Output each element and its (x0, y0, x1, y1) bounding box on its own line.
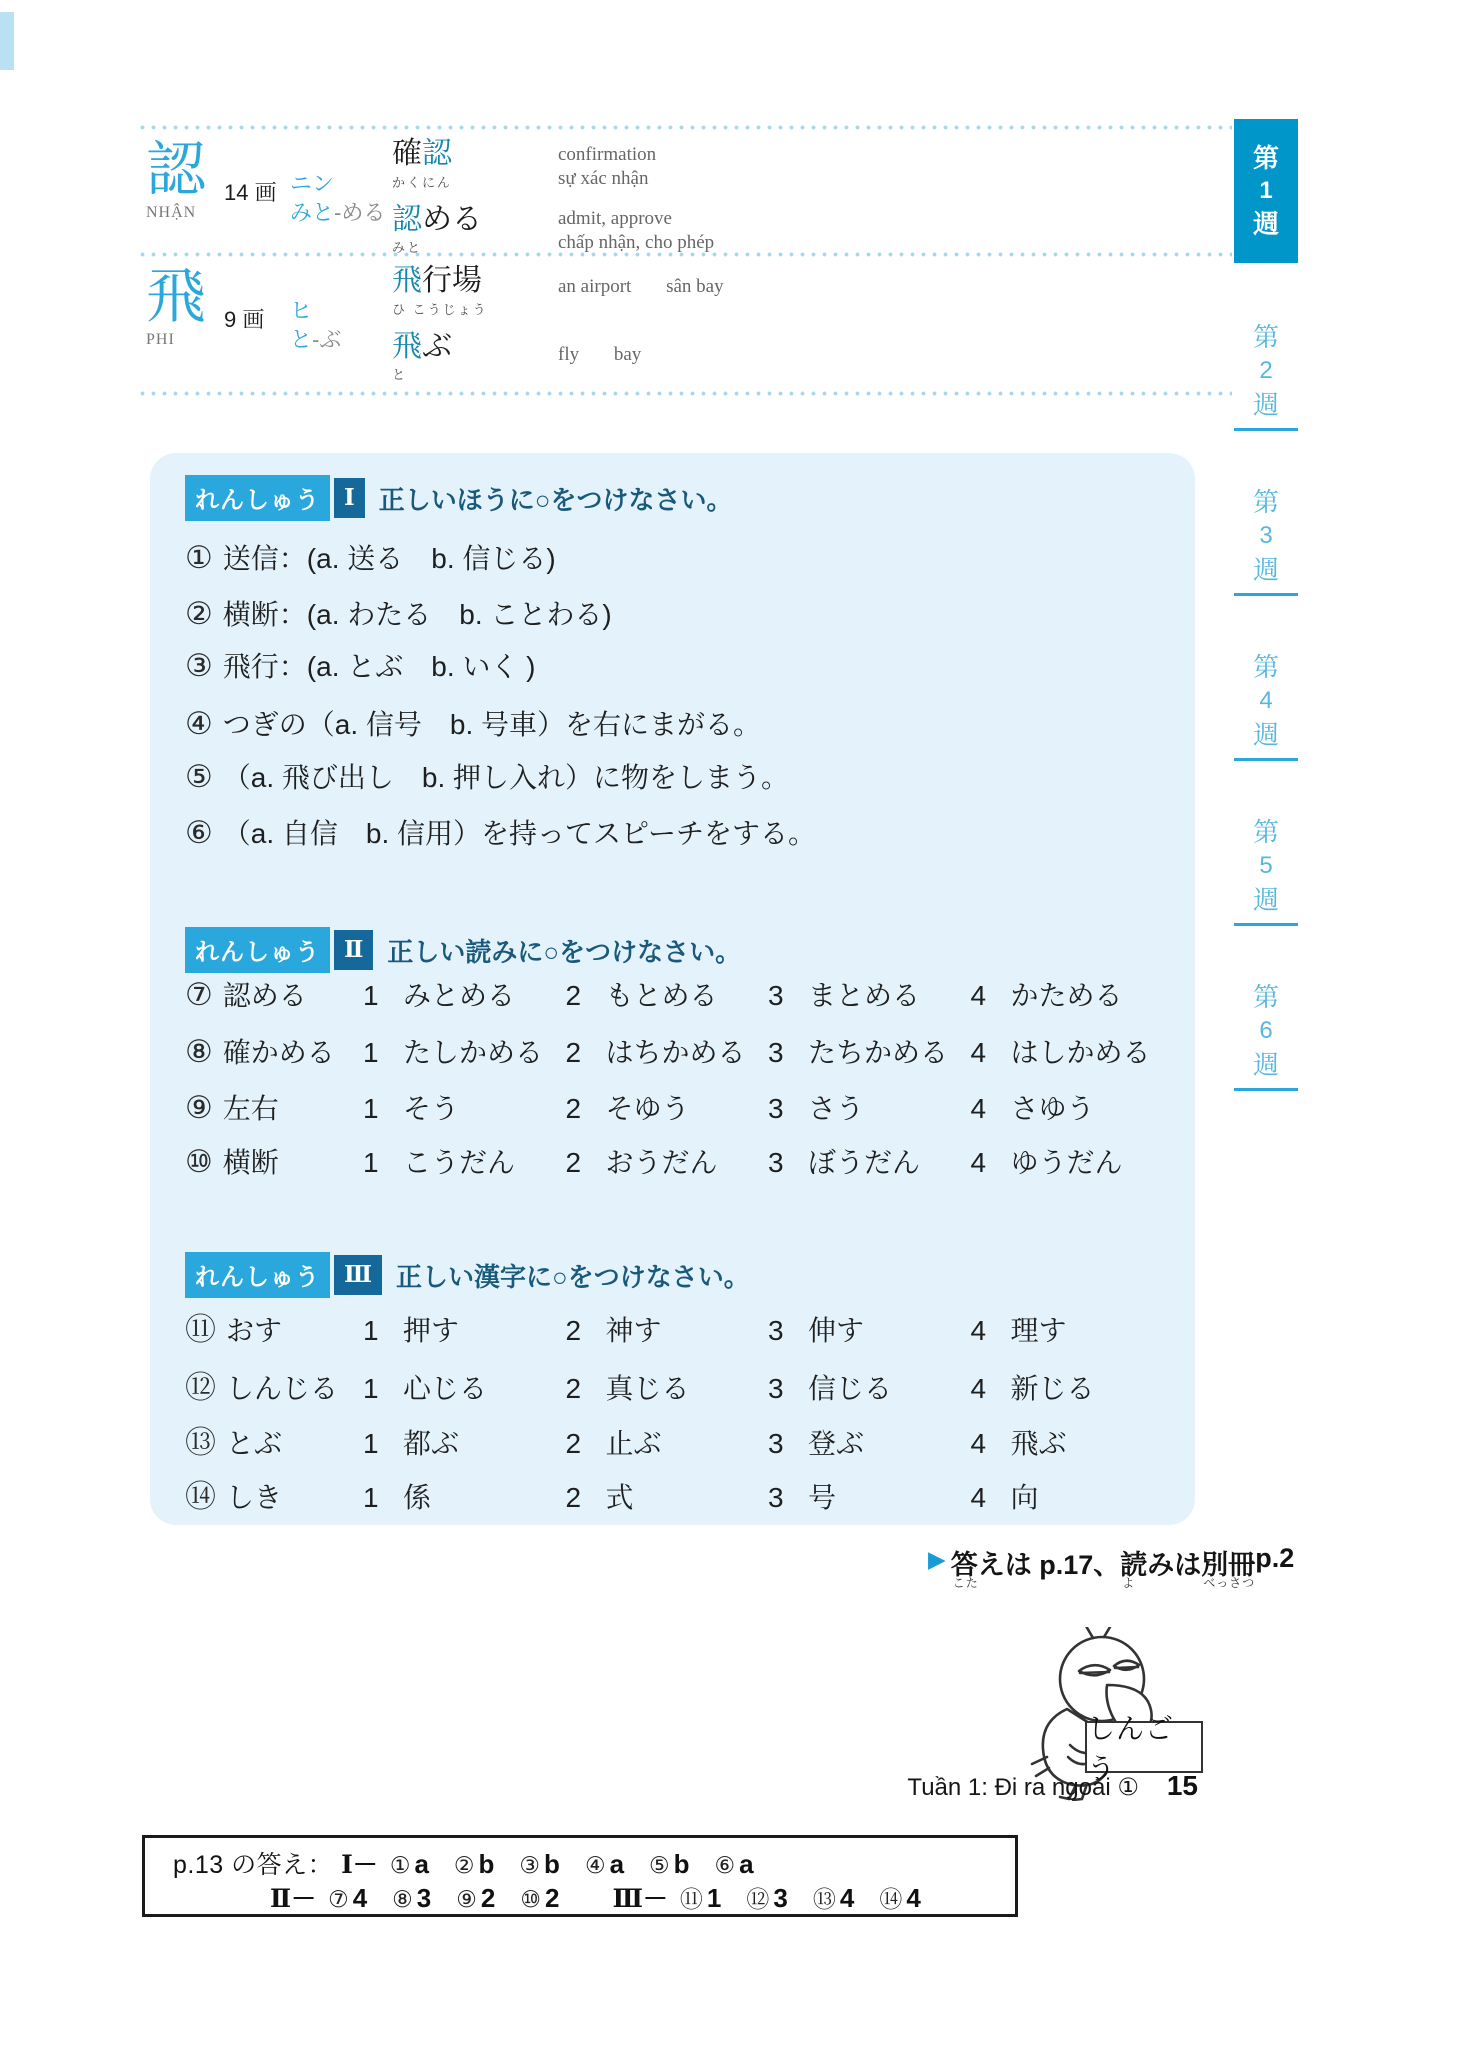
exercise-instruction: 正しいほうに○をつけなさい。 (379, 480, 733, 517)
renshuu-badge: れんしゅう (185, 1252, 330, 1298)
tab-week-4[interactable]: 第 4 週 (1234, 615, 1298, 761)
answers-line-2: Ⅱ－ ⑦4 ⑧3 ⑨2 ⑩2 Ⅲ－ ⑪1 ⑫3 ⑬4 ⑭4 (270, 1879, 1015, 1913)
page-edge-tab (0, 12, 14, 70)
meaning: admit, approve chấp nhận, cho phép (558, 207, 1232, 256)
exercise-item: ②横断：(a. わたる b. ことわる) (185, 593, 1175, 633)
furigana: ひ こうじょう (392, 299, 558, 318)
option: 3登ぶ (768, 1422, 971, 1462)
furigana: よ (1122, 1574, 1135, 1591)
exercise-item: ③飛行：(a. とぶ b. いく ) (185, 645, 1175, 685)
option: 3たちかめる (768, 1031, 971, 1071)
kanji-reference-table: 認 NHẬN 14 画 ニン みと-める 確認 かくにん 認める みと (140, 125, 1232, 396)
option: 1心じる (363, 1367, 566, 1407)
tab-week-5[interactable]: 第 5 週 (1234, 780, 1298, 926)
kanji-entry-row: 飛 PHI 9 画 ヒ と-ぶ 飛行場 ひ こうじょう 飛ぶ と (140, 257, 1232, 391)
furigana: こた (953, 1574, 979, 1591)
option: 2はちかめる (566, 1031, 769, 1071)
exercise-instruction: 正しい漢字に○をつけなさい。 (396, 1257, 750, 1294)
mascot-sign-label: しんごう (1085, 1721, 1203, 1773)
renshuu-badge: れんしゅう (185, 927, 330, 973)
option: 1そう (363, 1087, 566, 1127)
example-words: 確認 かくにん 認める みと (392, 138, 558, 270)
exercise-row: ⑨左右 1そう 2そゆう 3さう 4さゆう (185, 1087, 1173, 1127)
kanji-character: 飛 (146, 265, 206, 328)
exercise-item: ⑥（a. 自信 b. 信用）を持ってスピーチをする。 (185, 812, 1175, 852)
exercise-row: ⑦認める 1みとめる 2もとめる 3まとめる 4かためる (185, 974, 1173, 1014)
furigana: べっさつ (1203, 1574, 1255, 1591)
meaning: an airport sân bay (558, 275, 1232, 299)
tab-week-2[interactable]: 第 2 週 (1234, 285, 1298, 431)
tab-week-3[interactable]: 第 3 週 (1234, 450, 1298, 596)
option: 2真じる (566, 1367, 769, 1407)
answers-line-1: p.13 の答え： Ⅰ－ ①a ②b ③b ④a ⑤b ⑥a (173, 1845, 1015, 1879)
option: 2止ぶ (566, 1422, 769, 1462)
exercise-item: ①送信：(a. 送る b. 信じる) (185, 537, 1175, 577)
option: 2神す (566, 1309, 769, 1349)
previous-page-answers-box: p.13 の答え： Ⅰ－ ①a ②b ③b ④a ⑤b ⑥a Ⅱ－ ⑦4 ⑧3 … (142, 1835, 1018, 1917)
exercise-2-header: れんしゅう Ⅱ 正しい読みに○をつけなさい。 (185, 931, 741, 969)
kanji-character: 認 (146, 138, 206, 201)
kanji-cell: 認 NHẬN (146, 138, 224, 270)
option: 4ゆうだん (971, 1141, 1174, 1181)
stroke-count: 9 画 (224, 265, 290, 412)
stroke-count: 14 画 (224, 138, 290, 270)
option: 3さう (768, 1087, 971, 1127)
option: 3ぼうだん (768, 1141, 971, 1181)
option: 4新じる (971, 1367, 1174, 1407)
option: 1みとめる (363, 974, 566, 1014)
exercise-row: ⑧確かめる 1たしかめる 2はちかめる 3たちかめる 4はしかめる (185, 1031, 1173, 1071)
exercise-item: ④つぎの（a. 信号 b. 号車）を右にまがる。 (185, 703, 1175, 743)
option: 4さゆう (971, 1087, 1174, 1127)
meaning: fly bay (558, 343, 1232, 367)
meanings: confirmation sự xác nhận admit, approve … (558, 138, 1232, 270)
option: 4理す (971, 1309, 1174, 1349)
example-word: 確認 かくにん (392, 138, 558, 191)
option: 1こうだん (363, 1141, 566, 1181)
kanji-cell: 飛 PHI (146, 265, 224, 412)
example-words: 飛行場 ひ こうじょう 飛ぶ と (392, 265, 558, 412)
exercise-numeral: Ⅱ (334, 930, 373, 970)
option: 4飛ぶ (971, 1422, 1174, 1462)
option: 3信じる (768, 1367, 971, 1407)
exercise-numeral: Ⅰ (334, 478, 365, 518)
kanji-entry-row: 認 NHẬN 14 画 ニン みと-める 確認 かくにん 認める みと (140, 130, 1232, 252)
on-reading: ニン (290, 170, 392, 199)
kanji-viet-reading: NHẬN (146, 204, 196, 222)
option: 3伸す (768, 1309, 971, 1349)
option: 4かためる (971, 974, 1174, 1014)
option: 2おうだん (566, 1141, 769, 1181)
option: 2式 (566, 1476, 769, 1516)
option: 3号 (768, 1476, 971, 1516)
option: 3まとめる (768, 974, 971, 1014)
textbook-page: 第 1 週 第 2 週 第 3 週 第 4 週 第 5 週 第 6 週 (0, 0, 1463, 2054)
tab-week-1[interactable]: 第 1 週 (1234, 119, 1298, 263)
kanji-viet-reading: PHI (146, 331, 175, 349)
furigana: と (392, 364, 558, 383)
option: 1たしかめる (363, 1031, 566, 1071)
tab-week-6[interactable]: 第 6 週 (1234, 945, 1298, 1091)
exercise-item: ⑤（a. 飛び出し b. 押し入れ）に物をしまう。 (185, 756, 1175, 796)
option: 1係 (363, 1476, 566, 1516)
furigana: みと (392, 237, 558, 256)
exercise-row: ⑫しんじる 1心じる 2真じる 3信じる 4新じる (185, 1362, 1173, 1407)
option: 2そゆう (566, 1087, 769, 1127)
example-word: 認める みと (392, 204, 558, 257)
week-tab-sidebar: 第 1 週 第 2 週 第 3 週 第 4 週 第 5 週 第 6 週 (1234, 119, 1298, 1110)
example-word: 飛ぶ と (392, 331, 558, 384)
practice-panel: れんしゅう Ⅰ 正しいほうに○をつけなさい。 ①送信：(a. 送る b. 信じる… (150, 453, 1195, 1525)
exercise-row: ⑩横断 1こうだん 2おうだん 3ぼうだん 4ゆうだん (185, 1141, 1173, 1181)
exercise-row: ⑪おす 1押す 2神す 3伸す 4理す (185, 1304, 1173, 1349)
exercise-numeral: Ⅲ (334, 1255, 382, 1295)
kun-reading: みと-める (290, 199, 392, 228)
exercise-row: ⑭しき 1係 2式 3号 4向 (185, 1471, 1173, 1516)
option: 1押す (363, 1309, 566, 1349)
example-word: 飛行場 ひ こうじょう (392, 265, 558, 318)
exercise-instruction: 正しい読みに○をつけなさい。 (387, 932, 741, 969)
kun-reading: と-ぶ (290, 326, 392, 355)
exercise-1-header: れんしゅう Ⅰ 正しいほうに○をつけなさい。 (185, 479, 732, 517)
option: 4はしかめる (971, 1031, 1174, 1071)
answer-reference-note: ▶ 答こた えは p.17、 読よ みは 別冊べっさつ p.2 (928, 1543, 1294, 1582)
option: 4向 (971, 1476, 1174, 1516)
option: 1都ぶ (363, 1422, 566, 1462)
kanji-readings: ヒ と-ぶ (290, 265, 392, 412)
option: 2もとめる (566, 974, 769, 1014)
furigana: かくにん (392, 172, 558, 191)
kanji-readings: ニン みと-める (290, 138, 392, 270)
exercise-3-header: れんしゅう Ⅲ 正しい漢字に○をつけなさい。 (185, 1256, 750, 1294)
renshuu-badge: れんしゅう (185, 475, 330, 521)
meaning: confirmation sự xác nhận (558, 143, 1232, 192)
exercise-row: ⑬とぶ 1都ぶ 2止ぶ 3登ぶ 4飛ぶ (185, 1417, 1173, 1462)
meanings: an airport sân bay fly bay (558, 265, 1232, 412)
on-reading: ヒ (290, 297, 392, 326)
triangle-arrow-icon: ▶ (928, 1543, 946, 1573)
